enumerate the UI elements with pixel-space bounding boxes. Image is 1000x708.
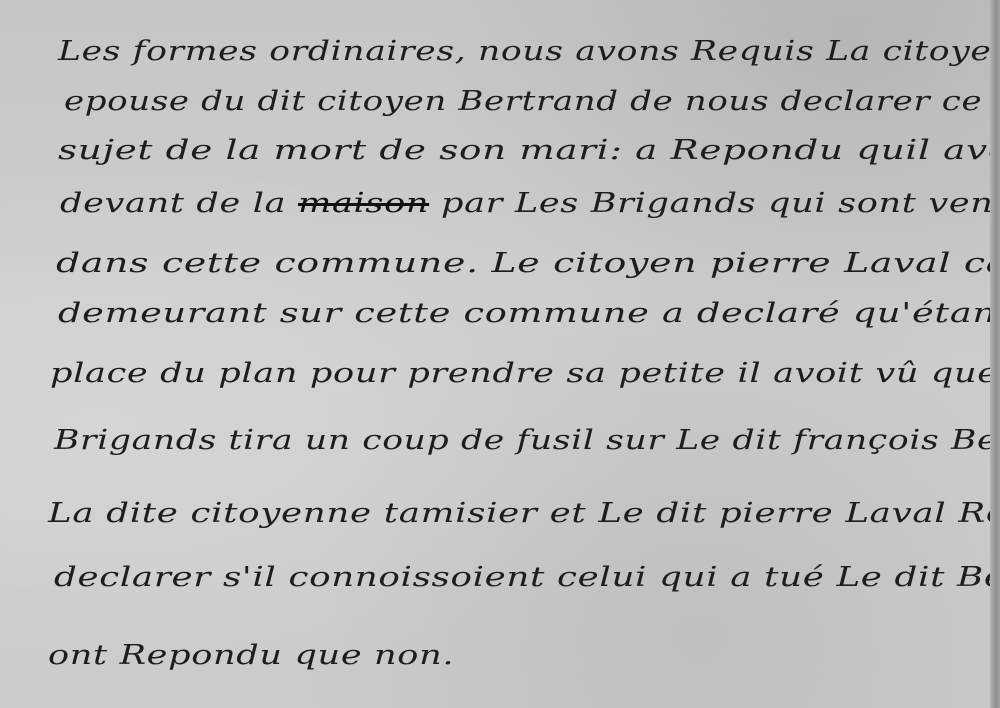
manuscript-line-8: Brigands tira un coup de fusil sur Le di… [54, 425, 1000, 456]
line-4-start: devant de la [60, 188, 286, 219]
manuscript-line-11: ont Repondu que non. [48, 640, 454, 671]
manuscript-line-7: place du plan pour prendre sa petite il … [50, 358, 1000, 389]
manuscript-line-10: declarer s'il connoissoient celui qui a … [54, 562, 1000, 593]
page-edge [990, 0, 1000, 708]
manuscript-page: Les formes ordinaires, nous avons Requis… [0, 0, 1000, 708]
struck-word: maison [298, 188, 429, 219]
manuscript-line-3: sujet de la mort de son mari: a Repondu … [58, 135, 1000, 166]
manuscript-line-2: epouse du dit citoyen Bertrand de nous d… [64, 86, 1000, 117]
manuscript-line-9: La dite citoyenne tamisier et Le dit pie… [48, 498, 1000, 529]
manuscript-line-6: demeurant sur cette commune a declaré qu… [58, 298, 1000, 329]
manuscript-line-4: devant de la maison par Les Brigands qui… [60, 188, 1000, 219]
line-4-end: par Les Brigands qui sont venus aujour [441, 188, 1000, 219]
manuscript-line-1: Les formes ordinaires, nous avons Requis… [58, 36, 1000, 67]
manuscript-line-5: dans cette commune. Le citoyen pierre La… [56, 248, 1000, 279]
